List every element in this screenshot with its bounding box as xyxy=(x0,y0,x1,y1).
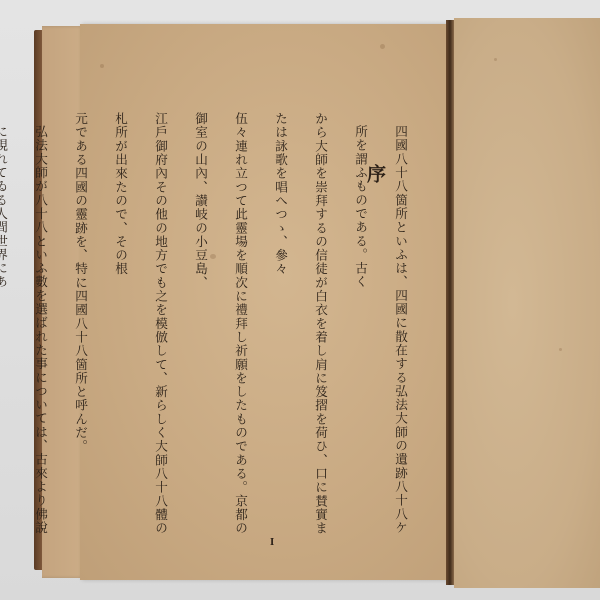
text-column: 伍々連れ立つて此靈場を順次に禮拜し祈願をしたものである。京都の御室の山內、讃岐の… xyxy=(180,112,260,542)
vertical-text-body: 四國八十八箇所といふは、四國に散在する弘法大師の遺跡八十八ケ所を謂ふものである。… xyxy=(100,112,420,542)
text-column: から大師を崇拜するの信徒が白衣を着し肩に笈摺を荷ひ、口に賛實または詠歌を唱へつゝ… xyxy=(260,112,340,542)
page-number: I xyxy=(270,538,274,548)
text-column: 弘法大師が八十八といふ數を選ばれた事については、古來より佛說に現れてゐる人間世界… xyxy=(0,112,60,542)
text-column: 四國八十八箇所といふは、四國に散在する弘法大師の遺跡八十八ケ所を謂ふものである。… xyxy=(340,112,420,542)
right-blank-page xyxy=(454,18,600,588)
book-gutter xyxy=(446,20,454,585)
text-column: 江戶御府內その他の地方でも之を模倣して、新らしく大師八十八體の札所が出來たので、… xyxy=(100,112,180,542)
text-column: 元である四國の靈跡を、特に四國八十八箇所と呼んだ。 xyxy=(60,112,100,542)
